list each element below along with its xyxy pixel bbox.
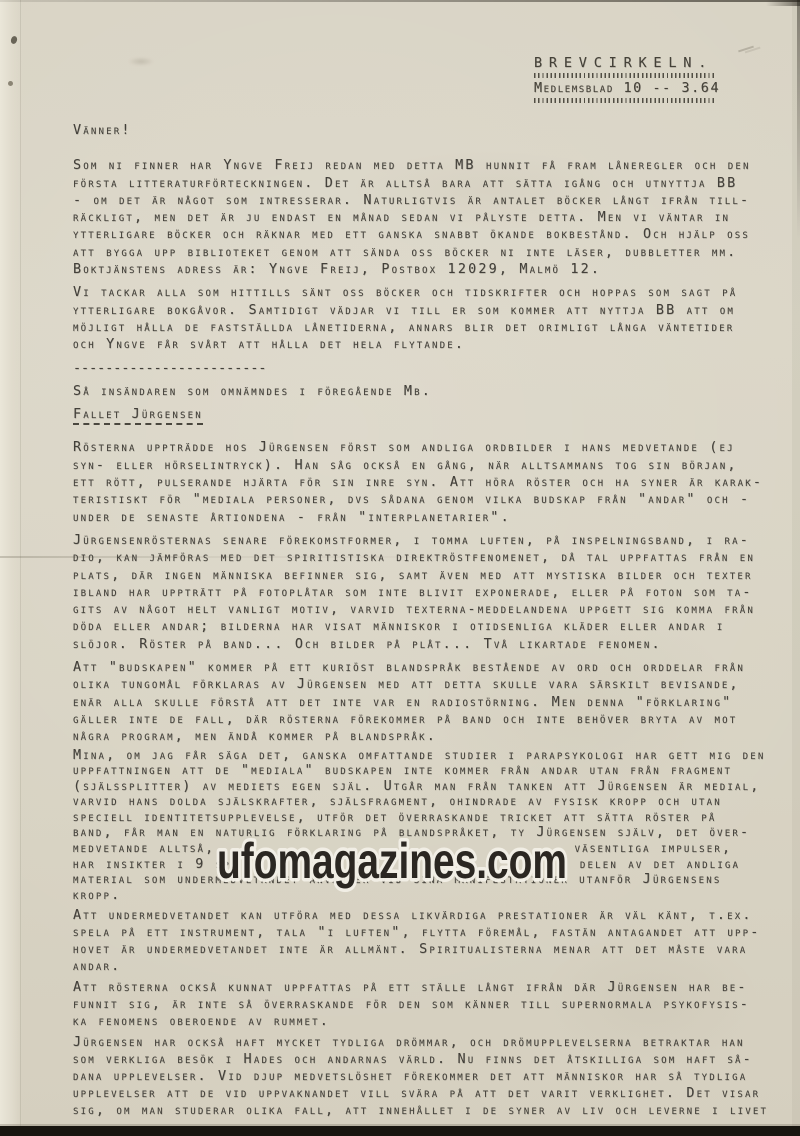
text-line: gits av något helt vanligt motiv, varvid… <box>73 601 773 618</box>
text-line: döda eller andar; bilderna har visat män… <box>73 618 773 635</box>
newsletter-issue: Medlemsblad 10 -- 3.64 <box>534 81 734 96</box>
text-line: hovet är undermedvetandet inte är allmän… <box>73 941 773 958</box>
text-line: under de senaste årtiondena - från "inte… <box>73 509 773 526</box>
paragraph-9: Jürgensen har också haft mycket tydliga … <box>73 1034 773 1119</box>
text-line: slöjor. Röster på band... Och bilder på … <box>73 636 773 653</box>
ruled-tick-line <box>534 98 715 103</box>
text-line: ett rött, pulserande hjärta för sin inre… <box>73 474 773 491</box>
text-line: ytterligare böcker och räknar med ett ga… <box>73 226 773 243</box>
watermark: ufomagazines.com <box>213 836 593 908</box>
scanned-letter-page: BREVCIRKELN. Medlemsblad 10 -- 3.64 Vänn… <box>0 0 800 1136</box>
text-line: dio, kan jämföras med det spiritistiska … <box>73 549 773 566</box>
text-line: funnit sig, är inte så överraskande för … <box>73 996 773 1013</box>
staple-hole <box>8 81 13 86</box>
paragraph-5: Att "budskapen" kommer på ett kuriöst bl… <box>73 659 773 745</box>
text-line: Rösterna uppträdde hos Jürgensen först s… <box>73 439 773 456</box>
text-line: enär alla skulle förstå att det inte var… <box>73 694 773 711</box>
text-line: upplevelser att de vid uppvaknandet vill… <box>73 1085 773 1102</box>
letter-body: Vänner!Som ni finner har Yngve Freij red… <box>73 122 773 1125</box>
text-line: spela på ett instrument, tala "i luften"… <box>73 924 773 941</box>
text-line: teristiskt för "mediala personer, dvs så… <box>73 491 773 508</box>
text-line: sig, om man studerar olika fall, att inn… <box>73 1102 773 1119</box>
text-line: Vänner! <box>73 122 773 139</box>
text-line: gäller inte de fall, där rösterna föreko… <box>73 711 773 728</box>
text-line: att bygga upp biblioteket genom att sänd… <box>73 244 773 261</box>
text-line: ibland har uppträtt på fotoplåtar som in… <box>73 584 773 601</box>
section-heading: Fallet Jürgensen <box>73 406 773 423</box>
text-line: Vi tackar alla som hittills sänt oss böc… <box>73 284 773 301</box>
paragraph-8: Att rösterna också kunnat uppfattas på e… <box>73 979 773 1030</box>
text-line: olika tungomål förklaras av Jürgensen me… <box>73 676 773 693</box>
left-paper-edge <box>0 0 22 1136</box>
text-line: syn- eller hörselintryck). Han såg också… <box>73 457 773 474</box>
divider-line: ------------------------ <box>73 360 773 377</box>
text-line: och Yngve får svårt att hålla det hela f… <box>73 336 773 353</box>
text-line: Att "budskapen" kommer på ett kuriöst bl… <box>73 659 773 676</box>
paragraph-3: Rösterna uppträdde hos Jürgensen först s… <box>73 439 773 525</box>
text-line: plats, där ingen människa befinner sig, … <box>73 567 773 584</box>
text-line: Att undermedvetandet kan utföra med dess… <box>73 907 773 924</box>
newsletter-header: BREVCIRKELN. Medlemsblad 10 -- 3.64 <box>534 56 734 103</box>
text-line: Jürgensenrösternas senare förekomstforme… <box>73 532 773 549</box>
text-line: uppfattningen att de "mediala" budskapen… <box>73 763 773 779</box>
text-line: Att rösterna också kunnat uppfattas på e… <box>73 979 773 996</box>
text-line: andar. <box>73 958 773 975</box>
text-line: speciell identitetsupplevelse, utför det… <box>73 810 773 826</box>
text-line: ------------------------ <box>73 360 773 377</box>
text-line: Som ni finner har Yngve Freij redan med … <box>73 157 773 174</box>
bottom-scan-edge <box>0 1126 800 1136</box>
ink-smudge <box>128 57 154 66</box>
text-line: Mina, om jag får säga det, ganska omfatt… <box>73 748 773 764</box>
text-line: några program, men ändå kommer på blands… <box>73 728 773 745</box>
text-line: ka fenomens oberoende av rummet. <box>73 1013 773 1030</box>
text-line: dana upplevelser. Vid djup medvetslöshet… <box>73 1068 773 1085</box>
text-line: möjligt hålla de fastställda lånetiderna… <box>73 319 773 336</box>
top-scan-edge <box>0 0 800 2</box>
watermark-text: ufomagazines.com <box>217 836 567 889</box>
paragraph-7: Att undermedvetandet kan utföra med dess… <box>73 907 773 975</box>
text-line: - om det är något som intresserar. Natur… <box>73 192 773 209</box>
paragraph-1: Som ni finner har Yngve Freij redan med … <box>73 157 773 278</box>
paragraph-2: Vi tackar alla som hittills sänt oss böc… <box>73 284 773 353</box>
greeting: Vänner! <box>73 122 773 139</box>
text-line: Jürgensen har också haft mycket tydliga … <box>73 1034 773 1051</box>
text-line: varvid hans dolda själskrafter, själsfra… <box>73 794 773 810</box>
text-line: första litteraturförteckningen. Det är a… <box>73 175 773 192</box>
newsletter-title: BREVCIRKELN. <box>534 56 734 71</box>
pencil-mark <box>738 46 754 53</box>
text-line: Så insändaren som omnämndes i föregående… <box>73 383 773 400</box>
text-line: räckligt, men det är ju endast en månad … <box>73 209 773 226</box>
text-line: Boktjänstens adress är: Yngve Freij, Pos… <box>73 261 773 278</box>
right-edge-shading <box>792 0 800 1136</box>
paragraph-4: Jürgensenrösternas senare förekomstforme… <box>73 532 773 653</box>
text-line: (själssplitter) av mediets egen själ. Ut… <box>73 779 773 795</box>
ruled-tick-line <box>534 73 715 78</box>
text-line: som verkliga besök i Hades och andarnas … <box>73 1051 773 1068</box>
text-line: ytterligare bokgåvor. Samtidigt vädjar v… <box>73 302 773 319</box>
intro-line: Så insändaren som omnämndes i föregående… <box>73 383 773 400</box>
left-paper-seam <box>20 0 21 1136</box>
section-heading-line: Fallet Jürgensen <box>73 406 773 423</box>
